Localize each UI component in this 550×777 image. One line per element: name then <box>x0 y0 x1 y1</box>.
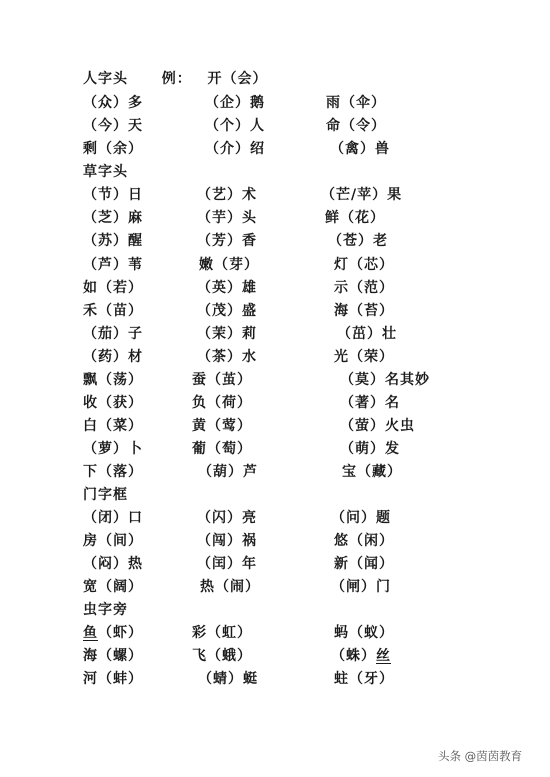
cell: （节）日 <box>83 186 143 204</box>
cell: 下（落） <box>83 463 143 481</box>
cell: （芝）麻 <box>83 209 143 227</box>
cell: 灯（芯） <box>334 256 394 274</box>
cell: （茄）子 <box>83 325 143 343</box>
cell: 河（蚌） <box>83 670 143 688</box>
underlined-char: 丝 <box>376 648 391 664</box>
cell: （萝）卜 <box>83 440 143 458</box>
cell: 悠（闲） <box>334 532 394 550</box>
cell: （著）名 <box>340 394 400 412</box>
cell: 飘（荡） <box>83 371 143 389</box>
cell: （闭）口 <box>83 509 143 527</box>
cell: 葡（萄） <box>192 440 252 458</box>
section-heading-men: 门字框 <box>83 486 128 504</box>
cell: 收（获） <box>83 394 143 412</box>
cell: （茂）盛 <box>197 302 257 320</box>
cell: （个）人 <box>205 117 265 135</box>
cell: 热（闹） <box>200 578 260 596</box>
cell: （蜻）蜓 <box>198 670 258 688</box>
cell: （禽）兽 <box>330 140 390 158</box>
cell: 黄（莺） <box>192 417 252 435</box>
cell: （芳）香 <box>197 232 257 250</box>
cell: （茶）水 <box>197 348 257 366</box>
cell: （闸）门 <box>331 578 391 596</box>
cell: 剩（余） <box>83 140 143 158</box>
cell: 宝（藏） <box>342 463 402 481</box>
cell: 彩（虹） <box>192 624 252 642</box>
cell-rest: （蛛） <box>331 648 376 664</box>
cell: 鲜（花） <box>325 209 385 227</box>
cell: （茁）壮 <box>337 325 397 343</box>
underlined-char: 鱼 <box>83 625 98 641</box>
cell: （芒/苹）果 <box>321 186 402 204</box>
cell: 蚕（茧） <box>192 371 252 389</box>
cell: 光（荣） <box>334 348 394 366</box>
cell: （芋）头 <box>197 209 257 227</box>
section-heading-ren: 人字头 例： 开（会） <box>83 70 268 88</box>
cell: 嫩（芽） <box>199 256 259 274</box>
cell: （艺）术 <box>197 186 257 204</box>
cell: 示（范） <box>334 279 394 297</box>
cell: 房（间） <box>83 532 143 550</box>
cell: （今）天 <box>83 117 143 135</box>
cell: 鱼（虾） <box>83 624 143 642</box>
cell: 命（令） <box>326 117 386 135</box>
worksheet-page: 人字头 例： 开（会） （众）多 （企）鹅 雨（伞） （今）天 （个）人 命（令… <box>0 0 550 777</box>
cell: （葫）芦 <box>198 463 258 481</box>
cell: （苍）老 <box>328 232 388 250</box>
cell: （茉）莉 <box>197 325 257 343</box>
section-title: 人字头 <box>83 71 128 87</box>
cell: 海（螺） <box>83 647 143 665</box>
cell: （众）多 <box>83 94 143 112</box>
cell: （闪）亮 <box>197 509 257 527</box>
cell: （芦）苇 <box>83 256 143 274</box>
cell: 蚂（蚁） <box>334 624 394 642</box>
cell: 蛀（牙） <box>334 670 394 688</box>
cell: 新（闻） <box>334 555 394 573</box>
cell: （介）绍 <box>205 140 265 158</box>
cell: （闰）年 <box>197 555 257 573</box>
cell: 白（菜） <box>83 417 143 435</box>
cell: （问）题 <box>331 509 391 527</box>
cell: 雨（伞） <box>326 94 386 112</box>
example-value: 开（会） <box>208 71 268 87</box>
cell: 如（若） <box>83 279 143 297</box>
cell: 海（苔） <box>334 302 394 320</box>
cell: （闷）热 <box>83 555 143 573</box>
watermark: 头条 @茵茵教育 <box>438 748 522 764</box>
cell: 禾（苗） <box>83 302 143 320</box>
cell: （企）鹅 <box>205 94 265 112</box>
cell: （莫）名其妙 <box>340 371 430 389</box>
cell: （闯）祸 <box>197 532 257 550</box>
cell-rest: （虾） <box>98 625 143 641</box>
section-heading-cao: 草字头 <box>83 163 128 181</box>
cell: 飞（蛾） <box>192 647 252 665</box>
cell: （药）材 <box>83 348 143 366</box>
cell: （英）雄 <box>197 279 257 297</box>
cell: （苏）醒 <box>83 232 143 250</box>
cell: （蛛）丝 <box>331 647 391 665</box>
cell: 负（荷） <box>192 394 252 412</box>
cell: 宽（阔） <box>83 578 143 596</box>
example-label: 例： <box>162 71 192 87</box>
cell: （萤）火虫 <box>340 417 415 435</box>
section-heading-chong: 虫字旁 <box>83 601 128 619</box>
cell: （萌）发 <box>340 440 400 458</box>
